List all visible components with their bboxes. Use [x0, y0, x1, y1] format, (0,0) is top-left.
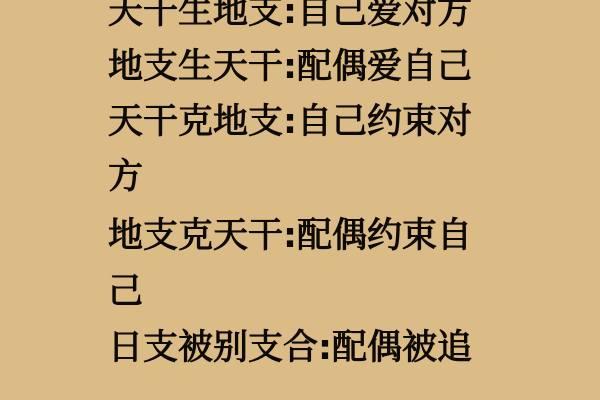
- text-line-3: 天干克地支:自己约束对: [108, 102, 472, 142]
- text-line-6: 己: [108, 272, 143, 312]
- document-page: 天干生地支:自己爱对方 地支生天干:配偶爱自己 天干克地支:自己约束对 方 地支…: [0, 0, 600, 400]
- text-line-1: 天干生地支:自己爱对方: [108, 0, 472, 32]
- text-line-5: 地支克天干:配偶约束自: [108, 216, 472, 256]
- text-line-2: 地支生天干:配偶爱自己: [108, 47, 472, 87]
- text-line-7: 日支被别支合:配偶被追: [108, 328, 472, 368]
- text-line-4: 方: [108, 157, 143, 197]
